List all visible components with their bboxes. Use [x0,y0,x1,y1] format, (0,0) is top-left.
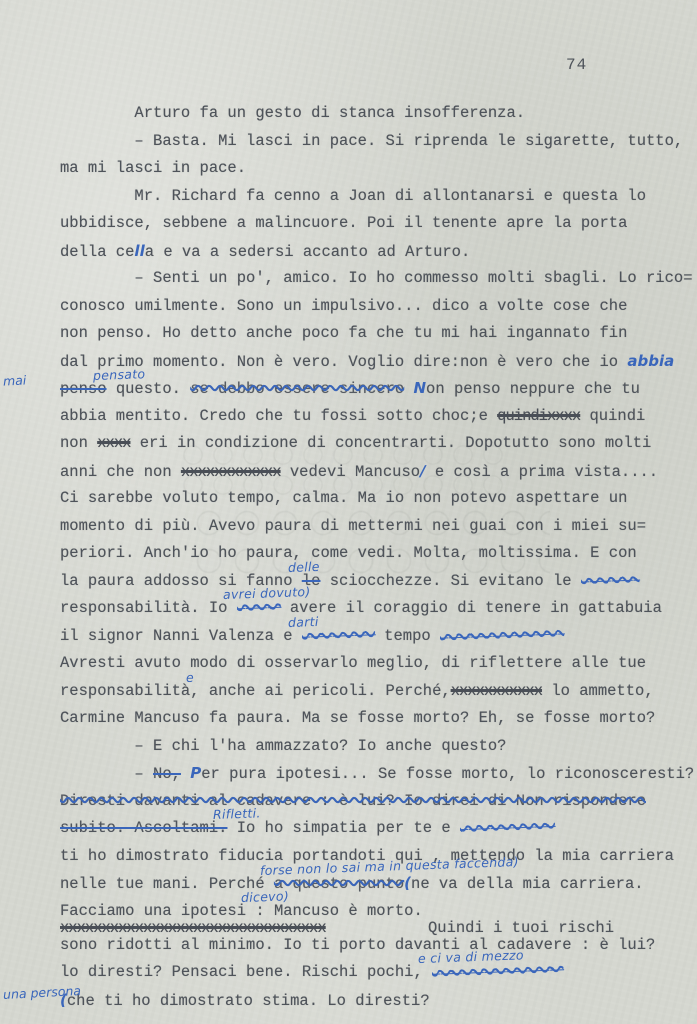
text-line: – Senti un po', amico. Io ho commesso mo… [60,269,693,297]
text-line: xxxxxxxxxxxxxxxxxxxxxxxxxxxxxxxx Quindi … [60,919,693,936]
pen-struck-text: No, [153,765,181,783]
pen-correction: N [413,379,426,397]
text-line: responsabilità,e anche ai pericoli. Perc… [60,682,693,710]
text-line: – Basta. Mi lasci in pace. Si riprenda l… [60,132,693,160]
text-line: ma mi lasci in pace. [60,159,693,187]
text-line: Facciamo una ipotesi dicevo): Mancuso è … [60,902,693,919]
typed-text: abbia mentito. Credo che tu fossi sotto … [60,407,497,425]
text-line: responsabilità. Io avrei dovuto)–––––– a… [60,599,693,627]
text-line: sono ridotti al minimo. Io ti porto dava… [60,936,693,964]
typed-text: anche ai pericoli. Perché, [200,682,451,700]
typed-text: dal primo momento. Non è vero. Voglio di… [60,353,627,371]
typed-text: lo ammetto, [542,682,654,700]
text-line: subito. Ascoltami.Rifletti. Io ho simpat… [60,819,693,847]
typed-text: – E chi l'ha ammazzato? Io anche questo? [60,737,506,755]
text-line: la paura addosso si fanno dellele sciocc… [60,572,693,600]
page-number: 74 [566,56,587,74]
pen-insertion-above: e ci va di mezzo [418,951,419,966]
typed-text: Avresti avuto modo di osservarlo meglio,… [60,654,646,672]
typed-text: – Basta. Mi lasci in pace. Si riprenda l… [60,132,683,150]
text-line: momento di più. Avevo paura di mettermi … [60,517,693,545]
typed-text: e così a prima vista.... [426,463,659,481]
typed-strikeout: quindixxxx [497,407,580,425]
text-line: periori. Anch'io ho paura, come vedi. Mo… [60,544,693,572]
text-line: il signor Nanni Valenza e darti–––––––––… [60,627,693,655]
typed-text: momento di più. Avevo paura di mettermi … [60,517,646,535]
pen-struck-text: a questo punto [274,875,404,893]
typed-text: Io ho simpatia per te e [227,819,460,837]
typed-text: a e va a sedersi accanto ad Arturo. [145,243,471,261]
typed-text: tempo [375,627,440,645]
typed-text: eri in condizione di concentrarti. Dopot… [130,434,651,452]
text-line: Diresti davanti al cadavere : è lui? Io … [60,792,693,820]
typed-text: ne va della mia carriera. [411,875,644,893]
typed-text: avere il coraggio di tenere in gattabuia [281,599,662,617]
typed-text: er pura ipotesi... Se fosse morto, lo ri… [201,765,694,783]
text-line: ubbidisce, sebbene a malincuore. Poi il … [60,214,693,242]
pen-insertion-above: avrei dovuto) [222,587,223,602]
typed-strikeout: xxxx [97,434,130,452]
text-line: non xxxx eri in condizione di concentrar… [60,434,693,462]
typed-text: Carmine Mancuso fa paura. Ma se fosse mo… [60,709,655,727]
text-line: anni che non xxxxxxxxxxxx vedevi Mancuso… [60,462,693,490]
text-line: Ci sarebbe voluto tempo, calma. Ma io no… [60,489,693,517]
typed-text: della ce [60,243,134,261]
text-line: maipensopensato questo. se debbo essere … [60,379,693,407]
text-line: – E chi l'ha ammazzato? Io anche questo? [60,737,693,765]
typed-text: Quindi i tuoi rischi [326,919,614,937]
text-line: – No, Per pura ipotesi... Se fosse morto… [60,764,693,792]
text-line: Carmine Mancuso fa paura. Ma se fosse mo… [60,709,693,737]
margin-annotation: mai [3,372,27,388]
text-line: Arturo fa un gesto di stanca insofferenz… [60,104,693,132]
pen-insertion-above: Rifletti. [213,807,214,822]
manuscript-page: 74 Arturo fa un gesto di stanca insoffer… [0,0,697,1024]
text-line: non penso. Ho detto anche poco fa che tu… [60,324,693,352]
typed-text: quindi [580,407,645,425]
typed-text: conosco umilmente. Sono un impulsivo... … [60,297,627,315]
text-line: nelle tue mani. Perché forse non lo sai … [60,874,693,902]
typed-text: anni che non [60,463,181,481]
pen-correction: P [190,764,201,782]
pen-struck-text: Diresti davanti al cadavere : è lui? Io … [60,792,646,810]
typed-text: non [60,434,97,452]
text-line: abbia mentito. Credo che tu fossi sotto … [60,407,693,435]
pen-insertion-above: pensato [92,368,93,383]
text-line: Avresti avuto modo di osservarlo meglio,… [60,654,693,682]
text-line: lo diresti? Pensaci bene. Rischi pochi, … [60,963,693,991]
text-line: conosco umilmente. Sono un impulsivo... … [60,297,693,325]
pen-correction: ll [134,242,144,260]
typed-text: non penso. Ho detto anche poco fa che tu… [60,324,627,342]
typed-text: – Senti un po', amico. Io ho commesso mo… [60,269,693,287]
typescript-body: Arturo fa un gesto di stanca insofferenz… [60,104,693,1018]
typed-text: lo diresti? Pensaci bene. Rischi pochi, [60,963,432,981]
typed-text: vedevi Mancuso [281,463,421,481]
pen-scribble: –––––––––– [302,625,375,646]
pen-scribble: –––––– [237,598,281,618]
pen-insertion-above: darti [288,615,289,630]
pen-struck-text: subito. Ascoltami. [60,819,227,837]
pen-correction: ( [404,874,411,892]
typed-text: Mr. Richard fa cenno a Joan di allontana… [60,187,646,205]
text-line: della cella e va a sedersi accanto ad Ar… [60,242,693,270]
typed-text: ma mi lasci in pace. [60,159,246,177]
typed-text [181,765,190,783]
typed-strikeout: xxxxxxxxxxx [451,682,542,700]
typed-text: ubbidisce, sebbene a malincuore. Poi il … [60,214,627,232]
pen-scribble: –––––––––––––––––– [432,961,563,984]
pen-insertion-above: e [185,670,186,685]
pen-insertion-above: dicevo) [241,890,242,905]
pen-correction: abbia [627,352,674,370]
pen-insertion-above: forse non lo sai ma in questa faccenda) [260,863,261,878]
typed-text: on penso neppure che tu [426,380,640,398]
text-line: una persona(che ti ho dimostrato stima. … [60,991,693,1019]
typed-text: sono ridotti al minimo. Io ti porto dava… [60,936,655,954]
typed-text: che ti ho dimostrato stima. Lo diresti? [67,992,430,1010]
typed-text: Ci sarebbe voluto tempo, calma. Ma io no… [60,489,627,507]
pen-scribble: ––––––––––––––––– [440,624,564,646]
typed-text: il signor Nanni Valenza e [60,627,302,645]
pen-scribble: –––––––– [581,570,639,590]
typed-text: – [60,765,153,783]
typed-text: sciocchezze. Si evitano le [320,572,580,590]
pen-insertion-above: delle [288,560,289,575]
typed-text: responsabilità, [60,682,200,700]
typed-text: responsabilità. Io [60,599,237,617]
typed-text: Facciamo una ipotesi [60,902,255,920]
pen-struck-text: se debbo essere sincero [190,380,404,398]
text-line: dal primo momento. Non è vero. Voglio di… [60,352,693,380]
typed-text: periori. Anch'io ho paura, come vedi. Mo… [60,544,637,562]
typed-strikeout: xxxxxxxxxxxxxxxxxxxxxxxxxxxxxxxx [60,919,326,937]
typed-text: Arturo fa un gesto di stanca insofferenz… [60,104,525,122]
typed-text: questo. [107,380,191,398]
text-line: Mr. Richard fa cenno a Joan di allontana… [60,187,693,215]
typed-strikeout: xxxxxxxxxxxx [181,463,281,481]
pen-scribble: ––––––––––––– [460,817,555,838]
typed-text: : Mancuso è morto. [255,902,422,920]
